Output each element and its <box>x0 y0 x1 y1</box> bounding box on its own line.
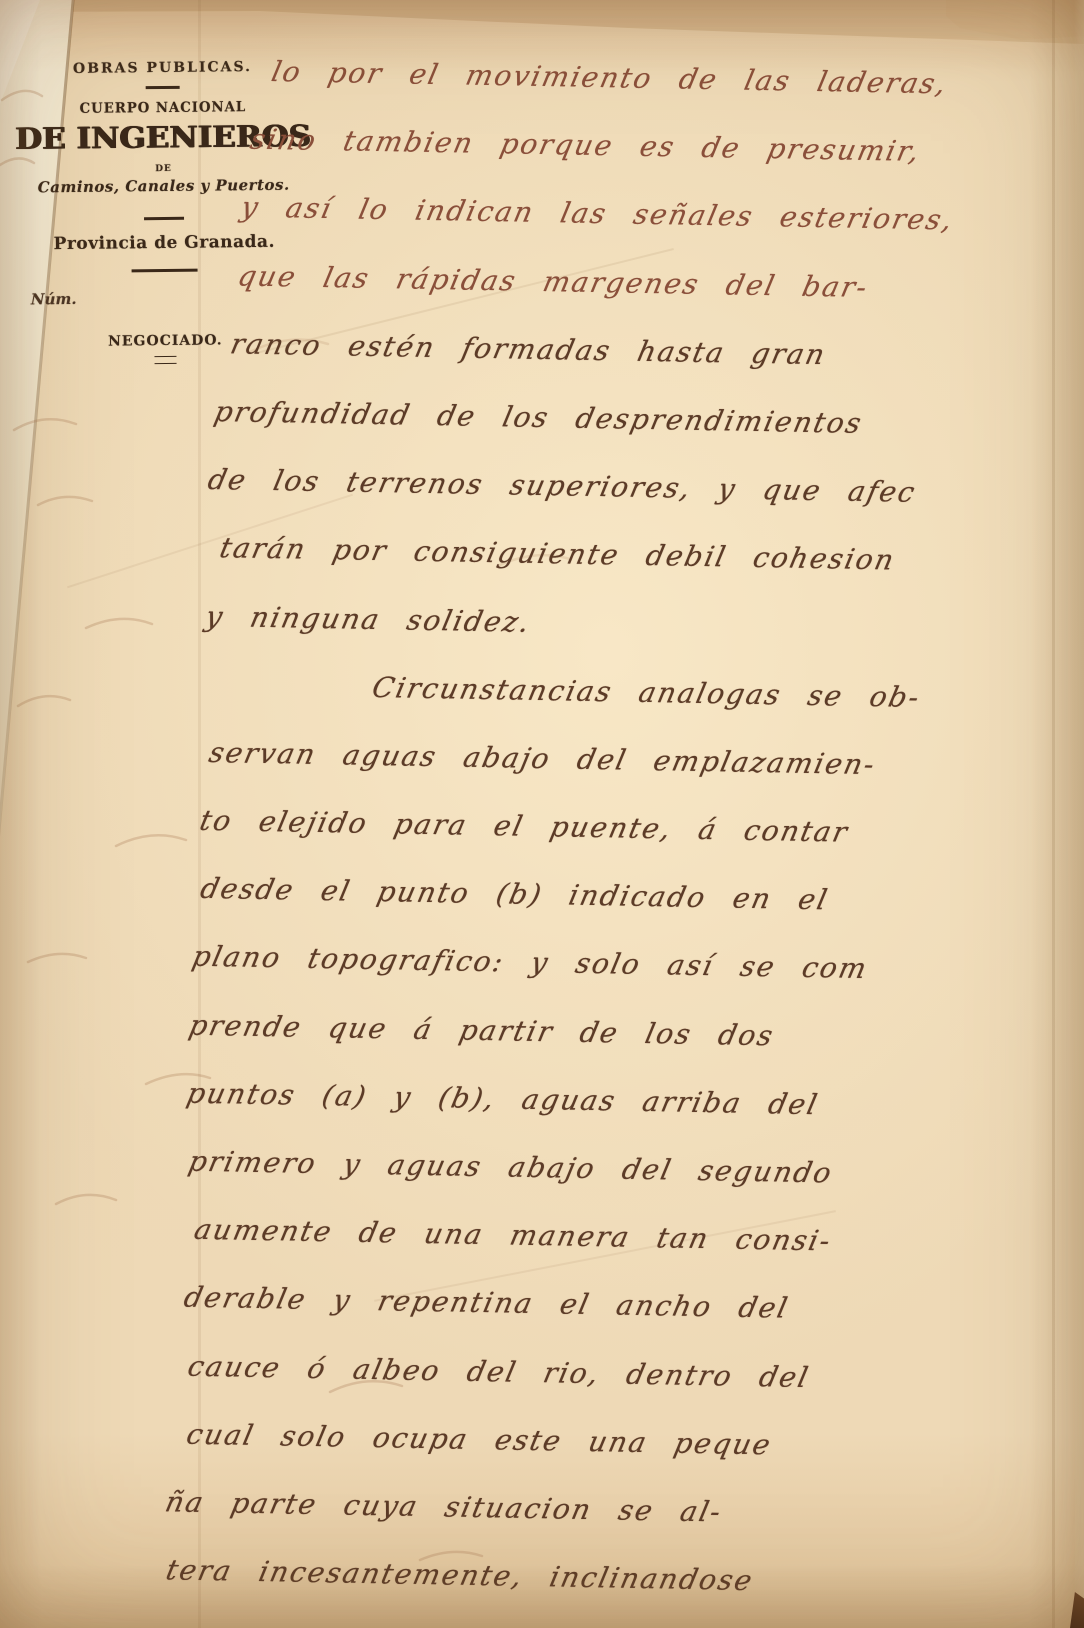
scanned-document: { "doc": { "letterhead": { "agency": "OB… <box>0 0 1084 1628</box>
desk-corner <box>1070 1592 1084 1628</box>
manuscript: lo por el movimiento de las laderas,sino… <box>0 33 1084 1621</box>
manuscript-page: OBRAS PUBLICAS. CUERPO NACIONAL DE INGEN… <box>0 0 1084 1628</box>
